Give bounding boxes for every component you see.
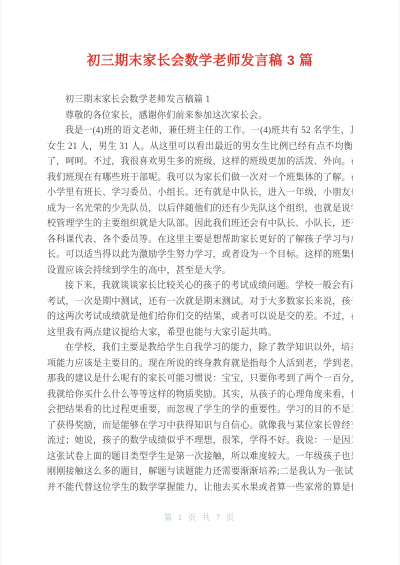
document-title: 初三期末家长会数学老师发言稿 3 篇 [47,52,353,70]
text-line: 那我的建议是什么呢有的家长可能习惯说：宝宝，只要你考到了两个一百分， [47,371,353,387]
text-line: 各科课代表、各个委员等。在这里主要是想帮助家长更好的了解孩子学习与成 [47,232,353,248]
text-line: 我是一(4)班的语文老师，兼任班主任的工作。一(4)班共有 52 名学生，其中 [47,123,353,139]
text-line: 成为一名光荣的少先队员，以后伴随他们的还有少先队这个组织，也就是说学 [47,201,353,217]
text-line: 流过；她说，孩子的数学成绩似乎不理想，很笨，学得不好。我说：一是因为 [47,433,353,449]
text-line: 并不能代替这位学生的数学掌握能力，让他去买水果或者算一些家常的算是他 [47,480,353,496]
text-line: 女生 21 人，男生 31 人。从这里可以看出最近的男女生比例已经有点不均衡 [47,139,353,155]
text-line: 刚刚接触这么多的题目，解题与读题能力还需要渐渐培养;二是我认为一张试卷 [47,464,353,480]
text-line: 尊敬的各位家长，感谢你们前来参加这次家长会。 [47,108,353,124]
page-footer: 第 1 页 共 7 页 [1,512,399,523]
text-line: 校管理学生的主要组织就是大队部。因此我们班还会有中队长、小队长，还有 [47,216,353,232]
text-line: 初三期末家长会数学老师发言稿篇 1 [47,92,353,108]
text-line: 接下来，我就谈谈家长比较关心的孩子的考试成绩问题。学校一般会有两次 [47,278,353,294]
text-line: 我就给你买什么什么等等这样的物质奖励。其实，从孩子的心理角度来看，他 [47,387,353,403]
document-page: 初三期末家长会数学老师发言稿 3 篇 初三期末家长会数学老师发言稿篇 1尊敬的各… [1,0,399,565]
text-line: 设置应该会持续到学生的高中，甚至是大学。 [47,263,353,279]
text-line: 小学里有班长、学习委员、小组长。还有就是中队长，进入一年级，小朋友也 [47,185,353,201]
text-line: 在学校，我们主要是教给学生自我学习的能力，除了教学知识以外，培养这 [47,340,353,356]
text-line: 项能力应该是主要目的。现在所说的终身教育就是指每个人活到老，学到老。 [47,356,353,372]
text-line: 这里我有两点建议提给大家，希望也能与大家引起共鸣。 [47,325,353,341]
text-line: 会把结果看的比过程更重要，而忽视了学生的学的重要性。学习的目的不是为 [47,402,353,418]
text-line: 的这两次考试成绩就是他们给你们交的结果，或者可以说是交的差。不过，在 [47,309,353,325]
text-line: 考试，一次是期中测试，还有一次就是期末测试。对于大多数家长来说，孩子 [47,294,353,310]
body-lines: 初三期末家长会数学老师发言稿篇 1尊敬的各位家长，感谢你们前来参加这次家长会。我… [47,92,353,495]
text-line: 我们班现在有哪些班干部呢。我可以为家长们做一次对一个班集体的了解。在 [47,170,353,186]
text-line: 了，呵呵。不过，我很喜欢男生多的班级，这样的班级更加的活泼、外向。在 [47,154,353,170]
text-line: 这张试卷上面的题目类型学生是第一次接触，所以难度较大。一年级孩子也是 [47,449,353,465]
text-line: 了获得奖励，而是能够在学习中获得知识与自信心。就像我与某位家长曾经交 [47,418,353,434]
text-line: 长。可以适当得以此为激励学生努力学习，或者设为一个目标。这样的班集体 [47,247,353,263]
